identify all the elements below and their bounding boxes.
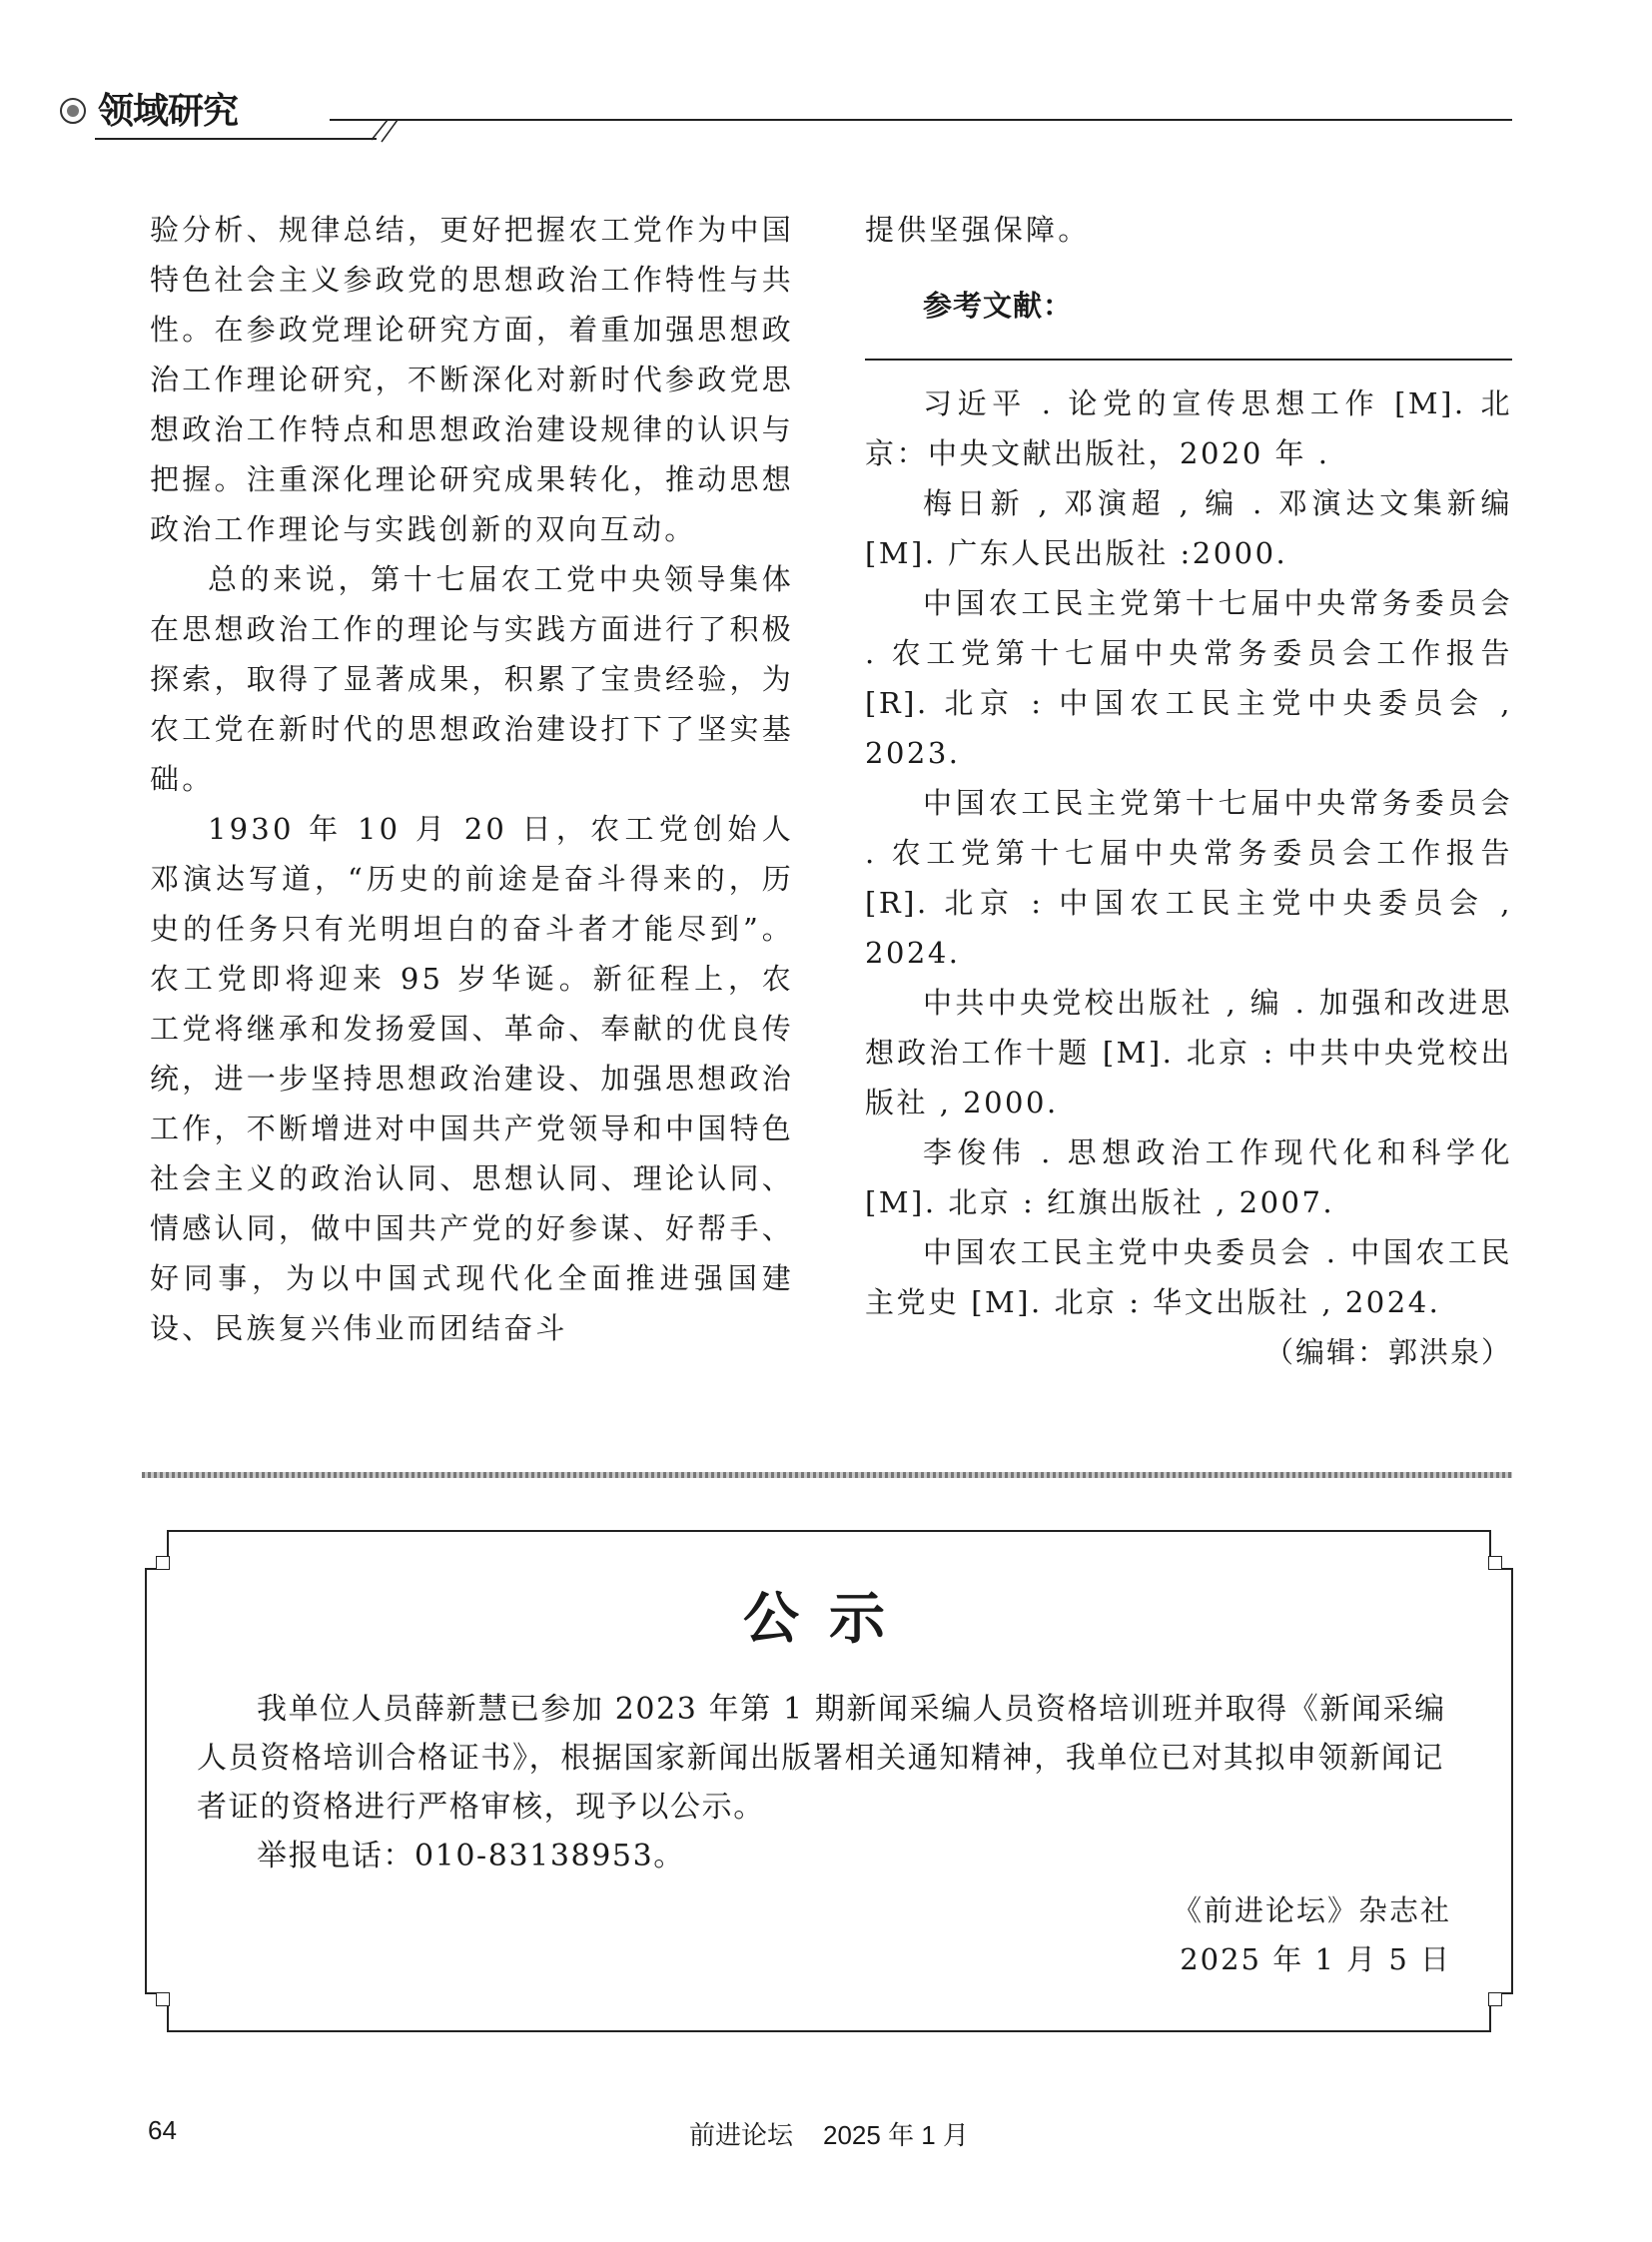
article-paragraph: 验分析、规律总结，更好把握农工党作为中国特色社会主义参政党的思想政治工作特性与共… <box>150 205 794 554</box>
corner-ornament-icon <box>156 1992 170 2006</box>
reference-item: 中国农工民主党第十七届中央常务委员会 . 农工党第十七届中央常务委员会工作报告 … <box>865 578 1512 778</box>
reference-item: 梅日新 , 邓演超 , 编 . 邓演达文集新编 [M]. 广东人民出版社 :20… <box>865 478 1512 578</box>
header-rule-left <box>95 138 377 140</box>
reference-item: 习近平 . 论党的宣传思想工作 [M]. 北京：中央文献出版社，2020 年 . <box>865 378 1512 478</box>
section-bullet-icon <box>60 98 86 124</box>
reference-item: 李俊伟 . 思想政治工作现代化和科学化 [M]. 北京 : 红旗出版社 , 20… <box>865 1127 1512 1227</box>
notice-paragraph: 我单位人员薛新慧已参加 2023 年第 1 期新闻采编人员资格培训班并取得《新闻… <box>197 1685 1460 1832</box>
article-paragraph-continuation: 提供坚强保障。 <box>865 205 1512 255</box>
issue-date: 2025 年 1 月 <box>823 2120 969 2150</box>
article-left-column: 验分析、规律总结，更好把握农工党作为中国特色社会主义参政党的思想政治工作特性与共… <box>150 205 794 1353</box>
corner-ornament-icon <box>156 1556 170 1570</box>
notice-body: 我单位人员薛新慧已参加 2023 年第 1 期新闻采编人员资格培训班并取得《新闻… <box>197 1685 1460 1880</box>
notice-signature-block: 《前进论坛》杂志社 2025 年 1 月 5 日 <box>1173 1886 1451 1984</box>
reference-item: 中国农工民主党中央委员会 . 中国农工民主党史 [M]. 北京 : 华文出版社 … <box>865 1227 1512 1327</box>
editor-note: （编辑：郭洪泉） <box>865 1327 1512 1377</box>
running-footer: 前进论坛2025 年 1 月 <box>689 2115 969 2152</box>
header-rule-right <box>330 119 1512 121</box>
article-paragraph: 总的来说，第十七届农工党中央领导集体在思想政治工作的理论与实践方面进行了积极探索… <box>150 554 794 804</box>
notice-title: 公示 <box>145 1575 1513 1655</box>
article-paragraph: 1930 年 10 月 20 日，农工党创始人邓演达写道，“历史的前途是奋斗得来… <box>150 804 794 1353</box>
notice-signature: 《前进论坛》杂志社 <box>1173 1886 1451 1935</box>
article-right-column: 提供坚强保障。 参考文献： 习近平 . 论党的宣传思想工作 [M]. 北京：中央… <box>865 205 1512 1377</box>
reference-item: 中国农工民主党第十七届中央常务委员会 . 农工党第十七届中央常务委员会工作报告 … <box>865 778 1512 978</box>
corner-ornament-icon <box>1488 1992 1502 2006</box>
section-title: 领域研究 <box>98 90 238 134</box>
corner-ornament-icon <box>1488 1556 1502 1570</box>
references-rule <box>865 359 1512 361</box>
reference-item: 中共中央党校出版社 , 编 . 加强和改进思想政治工作十题 [M]. 北京 : … <box>865 978 1512 1127</box>
notice-date: 2025 年 1 月 5 日 <box>1173 1935 1451 1984</box>
notice-hotline: 举报电话：010-83138953。 <box>197 1832 1460 1880</box>
section-divider <box>142 1472 1512 1478</box>
page-number: 64 <box>148 2115 177 2146</box>
references-heading: 参考文献： <box>865 281 1512 331</box>
notice-box: 公示 我单位人员薛新慧已参加 2023 年第 1 期新闻采编人员资格培训班并取得… <box>145 1530 1513 2032</box>
magazine-name: 前进论坛 <box>689 2120 793 2150</box>
